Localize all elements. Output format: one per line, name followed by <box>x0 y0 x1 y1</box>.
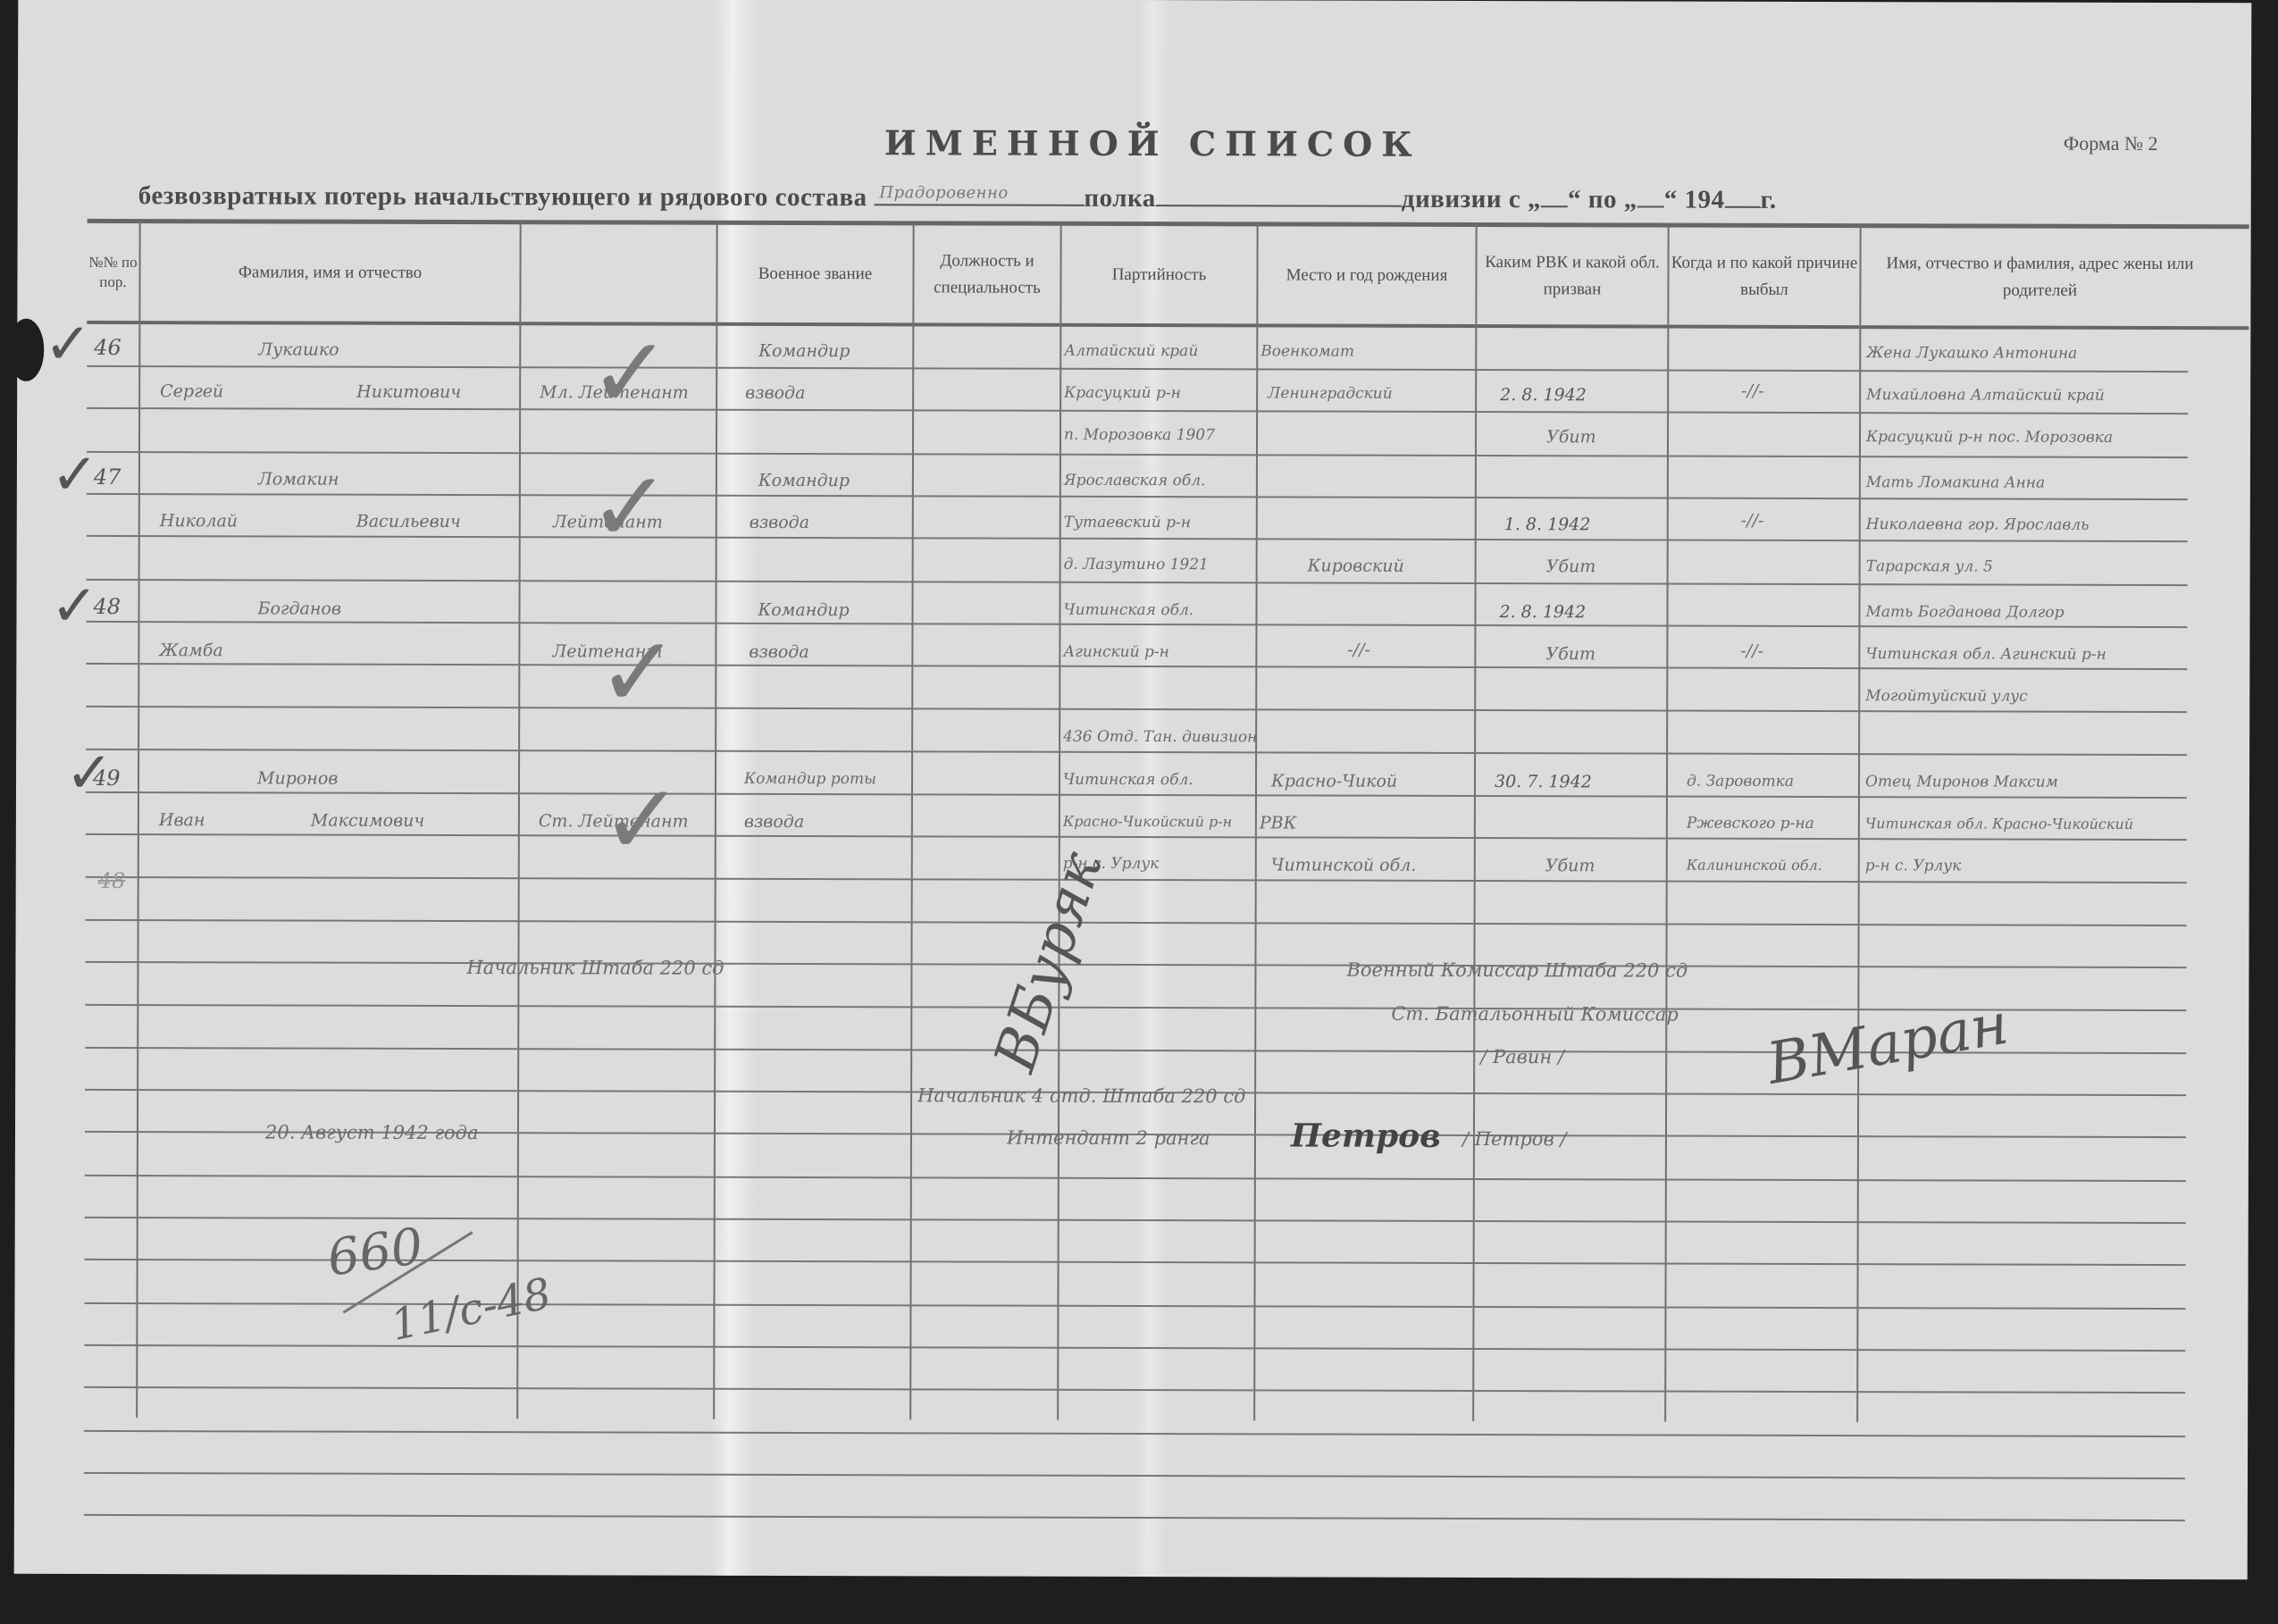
year-label: “ 194 <box>1664 186 1725 214</box>
document-page: ИМЕННОЙ СПИСОК Форма № 2 безвозвратных п… <box>14 0 2252 1579</box>
relative-line: Могойтуйский улус <box>1865 687 2027 705</box>
rvk: Красно-Чикой <box>1271 771 1397 791</box>
birth-year: д. Лазутино 1921 <box>1064 556 1209 573</box>
left-reason: Убит <box>1545 644 1595 664</box>
column-lines <box>18 0 2251 3</box>
surname: Ломакин <box>258 469 339 489</box>
first-name: Жамба <box>159 640 222 660</box>
col-line <box>136 221 141 1418</box>
row-line <box>86 833 2187 841</box>
left-date: 2. 8. 1942 <box>1500 385 1587 405</box>
patronymic: Васильевич <box>356 512 461 532</box>
entry-number: 46 <box>94 335 121 360</box>
header-rank: Военное звание <box>717 228 912 322</box>
birth-place: Красно-Чикойский р-н <box>1063 813 1232 830</box>
pencil-check-icon: ✓ <box>589 449 672 564</box>
document-title: ИМЕННОЙ СПИСОК <box>884 122 1421 164</box>
row-line <box>87 451 2188 458</box>
archive-mark-top: 660 <box>324 1218 427 1288</box>
birth-place: Алтайский край <box>1064 342 1198 360</box>
row-line <box>84 1514 2185 1521</box>
unit-note: 436 Отд. Тан. дивизион <box>1063 728 1257 747</box>
rvk: Военкомат <box>1260 342 1354 360</box>
intendant-name: / Петров / <box>1462 1128 1567 1150</box>
row-line <box>84 1386 2185 1394</box>
col-line <box>1472 224 1478 1421</box>
document-date: 20. Август 1942 года <box>265 1121 479 1143</box>
row-line <box>86 791 2187 799</box>
row-line <box>87 578 2188 585</box>
header-number: №№ по пор. <box>87 226 138 319</box>
birth-place: Красуцкий р-н <box>1064 384 1181 402</box>
chief-of-staff-title: Начальник Штаба 220 сд <box>466 957 724 979</box>
relative-line: Читинская обл. Красно-Чикойский <box>1865 815 2133 833</box>
relative-line: Красуцкий р-н пос. Морозовка <box>1866 428 2113 447</box>
birth-place: Тутаевский р-н <box>1064 514 1191 532</box>
relative-line: Тарарская ул. 5 <box>1866 557 1993 575</box>
surname: Богданов <box>257 599 340 618</box>
left-reason: Убит <box>1546 557 1596 576</box>
form-number: Форма № 2 <box>2064 132 2158 155</box>
po-label: “ по „ <box>1568 185 1637 213</box>
check-mark-icon: ✓ <box>51 442 99 508</box>
position-detail: взвода <box>744 812 804 832</box>
struck-number: 48 <box>98 868 126 893</box>
patronymic: Максимович <box>311 811 424 831</box>
col-line <box>516 222 522 1419</box>
rvk: Ленинградский <box>1268 384 1393 402</box>
buried: -//- <box>1740 641 1763 661</box>
header-birth: Место и год рождения <box>1258 229 1475 322</box>
relative-line: Отец Миронов Максим <box>1865 773 2058 791</box>
left-date: 30. 7. 1942 <box>1495 772 1592 791</box>
col-line <box>1664 225 1670 1422</box>
pencil-check-icon: ✓ <box>589 315 672 430</box>
col-line <box>713 222 718 1419</box>
row-line <box>84 1429 2185 1436</box>
year-field <box>1724 185 1760 208</box>
position-detail: взвода <box>745 383 805 403</box>
buried: -//- <box>1741 381 1764 401</box>
division-label: дивизии с „ <box>1402 185 1541 213</box>
position: Командир роты <box>744 770 876 788</box>
col-line <box>1856 225 1862 1422</box>
birth-place: Читинская обл. <box>1063 601 1193 619</box>
header-party: Партийность <box>1061 229 1256 322</box>
unit-field: Прадоровенно <box>874 182 1084 206</box>
relative-line: р-н с. Урлук <box>1865 857 1962 875</box>
relative-line: Жена Лукашко Антонина <box>1866 344 2077 363</box>
left-reason: Убит <box>1545 856 1595 875</box>
row-line <box>86 621 2187 628</box>
rvk: -//- <box>1347 640 1370 660</box>
row-line <box>86 706 2187 713</box>
first-name: Сергей <box>160 381 223 401</box>
row-line <box>86 663 2187 670</box>
row-line <box>86 876 2187 883</box>
unit-handwritten: Прадоровенно <box>879 183 1008 202</box>
patronymic: Никитович <box>356 382 461 402</box>
position-detail: взвода <box>750 513 809 532</box>
commissar-name: / Равин / <box>1480 1046 1564 1067</box>
commissar-signature: ВМаран <box>1763 991 2014 1097</box>
buried: Калининской обл. <box>1687 857 1822 874</box>
intendant-signature: Петров <box>1291 1117 1441 1154</box>
left-date: 1. 8. 1942 <box>1504 515 1591 534</box>
relative-line: Михайловна Алтайский край <box>1866 386 2105 405</box>
surname: Лукашко <box>258 339 339 359</box>
birth-place: Ярославская обл. <box>1064 472 1206 490</box>
left-date: 2. 8. 1942 <box>1499 602 1586 622</box>
intendant-title: Интендант 2 ранга <box>1007 1127 1210 1150</box>
col-line <box>1253 223 1259 1420</box>
header-left-reason: Когда и по какой причине выбыл <box>1669 230 1859 324</box>
position: Командир <box>758 600 849 620</box>
position: Командир <box>758 471 850 490</box>
paper-tear <box>8 319 44 381</box>
row-line <box>85 1003 2186 1010</box>
row-line <box>87 365 2188 373</box>
polka-label: полка <box>1084 184 1155 213</box>
rvk: Читинской обл. <box>1271 855 1417 875</box>
first-name: Иван <box>159 810 205 830</box>
birth-place: Агинский р-н <box>1063 643 1168 661</box>
row-line <box>86 749 2187 756</box>
relative-line: Читинская обл. Агинский р-н <box>1865 645 2106 664</box>
row-line <box>85 1175 2186 1182</box>
division-field <box>1156 183 1402 207</box>
header-relatives: Имя, отчество и фамилия, адрес жены или … <box>1861 230 2218 324</box>
surname: Миронов <box>257 768 338 788</box>
relative-line: Николаевна гор. Ярославль <box>1866 515 2090 534</box>
row-line <box>87 535 2188 542</box>
col-line <box>909 222 915 1419</box>
date-from-field <box>1541 184 1568 207</box>
row-line <box>87 493 2188 500</box>
document-subtitle: безвозвратных потерь начальствующего и р… <box>138 180 1777 215</box>
header-full-name: Фамилия, имя и отчество <box>140 226 519 320</box>
date-to-field <box>1637 184 1664 207</box>
relative-line: Мать Ломакина Анна <box>1866 473 2045 492</box>
buried: -//- <box>1741 511 1764 531</box>
relative-line: Мать Богданова Долгор <box>1865 603 2064 622</box>
birth-place: Читинская обл. <box>1063 771 1193 789</box>
row-lines <box>18 0 2251 3</box>
header-rvk: Каким РВК и какой обл. призван <box>1477 230 1667 323</box>
archive-mark-bottom: 11/с-48 <box>387 1268 556 1351</box>
buried: Ржевского р-на <box>1687 815 1814 833</box>
pencil-check-icon: ✓ <box>601 762 684 876</box>
g-label: г. <box>1760 186 1776 214</box>
col-line <box>1057 223 1062 1420</box>
rvk: РВК <box>1260 813 1297 833</box>
header-position: Должность и специальность <box>914 228 1059 321</box>
pencil-check-icon: ✓ <box>597 615 680 729</box>
check-mark-icon: ✓ <box>44 312 92 378</box>
first-name: Николай <box>160 511 238 531</box>
commissar-title: Военный Комиссар Штаба 220 сд <box>1346 959 1688 982</box>
row-line <box>84 1472 2185 1479</box>
birth-year: п. Морозовка 1907 <box>1064 426 1215 444</box>
row-line <box>87 407 2188 414</box>
chief-4th-dept-title: Начальник 4 отд. Штаба 220 сд <box>917 1084 1245 1107</box>
check-mark-icon: ✓ <box>50 573 98 640</box>
battalion-commissar-title: Ст. Батальонный Комиссар <box>1391 1003 1679 1025</box>
row-line <box>86 919 2187 926</box>
left-reason: Убит <box>1546 427 1596 447</box>
position-detail: взвода <box>749 642 808 662</box>
check-mark-icon: ✓ <box>65 741 113 807</box>
subtitle-prefix: безвозвратных потерь начальствующего и р… <box>138 181 867 212</box>
rvk: Кировский <box>1308 557 1404 576</box>
buried: д. Заровотка <box>1687 773 1794 791</box>
position: Командир <box>758 341 850 361</box>
row-line <box>85 961 2186 968</box>
